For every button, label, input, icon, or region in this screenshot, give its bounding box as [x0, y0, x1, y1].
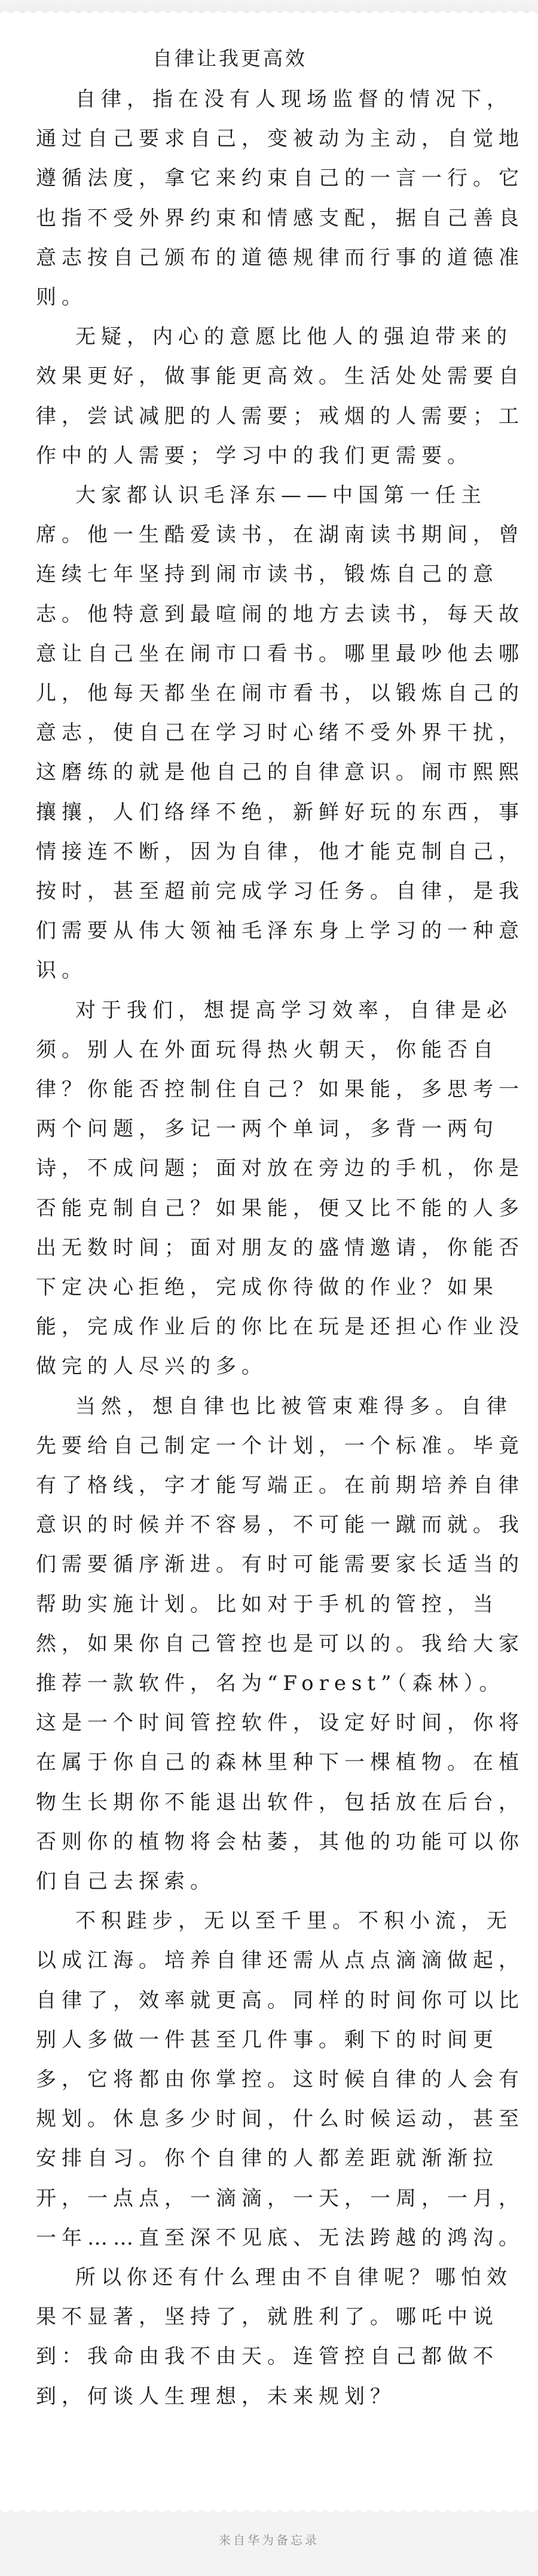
note-line: 有了格线，字才能写端正。在前期培养自律	[36, 1473, 524, 1497]
note-line: 意让自己坐在闹市口看书。哪里最吵他去哪	[36, 642, 524, 666]
note-line: 识。	[36, 958, 87, 982]
note-line: 否能克制自己？如果能，便又比不能的人多	[36, 1196, 524, 1220]
note-line: 下定决心拒绝，完成你待做的作业？如果	[36, 1275, 499, 1299]
note-line: 也指不受外界约束和情感支配，据自己善良	[36, 206, 524, 230]
note-line: 物生长期你不能退出软件，包括放在后台，	[36, 1791, 524, 1814]
note-line: 自律，指在没有人现场监督的情况下，	[75, 87, 512, 111]
note-title: 自律让我更高效	[152, 43, 307, 71]
note-line: 开，一点点，一滴滴，一天，一周，一月，	[36, 2187, 524, 2210]
note-line: 这磨练的就是他自己的自律意识。闹市熙熙	[36, 760, 524, 784]
note-line: 作中的人需要；学习中的我们更需要。	[36, 444, 473, 468]
note-line: 多，它将都由你掌控。这时候自律的人会有	[36, 2068, 524, 2091]
note-line: 以成江海。培养自律还需从点点滴滴做起，	[36, 1948, 524, 1972]
note-line: 们需要从伟大领袖毛泽东身上学习的一种意	[36, 919, 524, 943]
note-line: 自律了，效率就更高。同样的时间你可以比	[36, 1989, 524, 2012]
note-line: 安排自习。你个自律的人都差距就渐渐拉	[36, 2146, 499, 2170]
note-line: 诗，不成问题；面对放在旁边的手机，你是	[36, 1156, 524, 1180]
note-line: 意识的时候并不容易，不可能一蹴而就。我	[36, 1513, 524, 1537]
note-line: 攘攘，人们络绎不绝，新鲜好玩的东西，事	[36, 800, 524, 824]
note-line: 大家都认识毛泽东——中国第一任主	[75, 483, 487, 507]
note-line: 遵循法度，拿它来约束自己的一言一行。它	[36, 166, 524, 190]
note-line: 到：我命由我不由天。连管控自己都做不	[36, 2344, 499, 2368]
note-line: 须。别人在外面玩得热火朝天，你能否自	[36, 1038, 499, 1062]
note-line: 不积跬步，无以至千里。不积小流，无	[75, 1909, 512, 1933]
note-line: 一年……直至深不见底、无法跨越的鸿沟。	[36, 2226, 524, 2250]
note-line: 效果更好，做事能更高效。生活处处需要自	[36, 364, 524, 388]
note-line: 则。	[36, 285, 87, 309]
note-line: 先要给自己制定一个计划，一个标准。毕竟	[36, 1434, 524, 1458]
note-line: 志。他特意到最喧闹的地方去读书，每天故	[36, 602, 524, 626]
paper-scalloped-bottom-edge	[0, 2508, 538, 2514]
paper-scalloped-top-edge	[0, 10, 538, 16]
note-line: 儿，他每天都坐在闹市看书，以锻炼自己的	[36, 681, 524, 705]
note-line: 果不显著，坚持了，就胜利了。哪吒中说	[36, 2305, 499, 2329]
note-line: 别人多做一件甚至几件事。剩下的时间更	[36, 2028, 499, 2052]
note-line: 情接连不断，因为自律，他才能克制自己，	[36, 840, 524, 864]
note-line: 对于我们，想提高学习效率，自律是必	[75, 998, 512, 1022]
note-line: 当然，想自律也比被管束难得多。自律	[75, 1394, 512, 1418]
note-line: 到，何谈人生理想，未来规划？	[36, 2385, 396, 2408]
note-line: 律，尝试减肥的人需要；戒烟的人需要；工	[36, 404, 524, 428]
note-line: 出无数时间；面对朋友的盛情邀请，你能否	[36, 1236, 524, 1260]
note-line: 无疑，内心的意愿比他人的强迫带来的	[75, 325, 512, 349]
note-line: 帮助实施计划。比如对于手机的管控，当	[36, 1593, 499, 1616]
note-line: 两个问题，多记一两个单词，多背一两句	[36, 1117, 499, 1141]
source-caption: 来自华为备忘录	[0, 2531, 538, 2548]
note-line: 们自己去探索。	[36, 1869, 216, 1893]
note-line: 意志按自己颁布的道德规律而行事的道德准	[36, 246, 524, 270]
note-line: 所以你还有什么理由不自律呢？哪怕效	[75, 2266, 512, 2289]
note-line: 连续七年坚持到闹市读书，锻炼自己的意	[36, 562, 499, 586]
note-line: 意志，使自己在学习时心绪不受外界干扰，	[36, 721, 524, 745]
note-line: 在属于你自己的森林里种下一棵植物。在植	[36, 1750, 524, 1774]
note-line: 这是一个时间管控软件，设定好时间，你将	[36, 1711, 524, 1735]
note-line: 按时，甚至超前完成学习任务。自律，是我	[36, 879, 524, 903]
note-line: 律？你能否控制住自己？如果能，多思考一	[36, 1077, 524, 1101]
note-line: 能，完成作业后的你比在玩是还担心作业没	[36, 1315, 524, 1339]
note-line: 做完的人尽兴的多。	[36, 1354, 267, 1378]
note-line: 通过自己要求自己，变被动为主动，自觉地	[36, 127, 524, 151]
note-line: 否则你的植物将会枯萎，其他的功能可以你	[36, 1830, 524, 1854]
note-line: 规划。休息多少时间，什么时候运动，甚至	[36, 2107, 524, 2131]
note-line: 然，如果你自己管控也是可以的。我给大家	[36, 1632, 524, 1656]
note-line: 们需要循序渐进。有时可能需要家长适当的	[36, 1552, 524, 1576]
note-line: 推荐一款软件，名为“Forest”（森林）。	[36, 1671, 505, 1695]
note-line: 席。他一生酷爱读书，在湖南读书期间，曾	[36, 523, 524, 547]
